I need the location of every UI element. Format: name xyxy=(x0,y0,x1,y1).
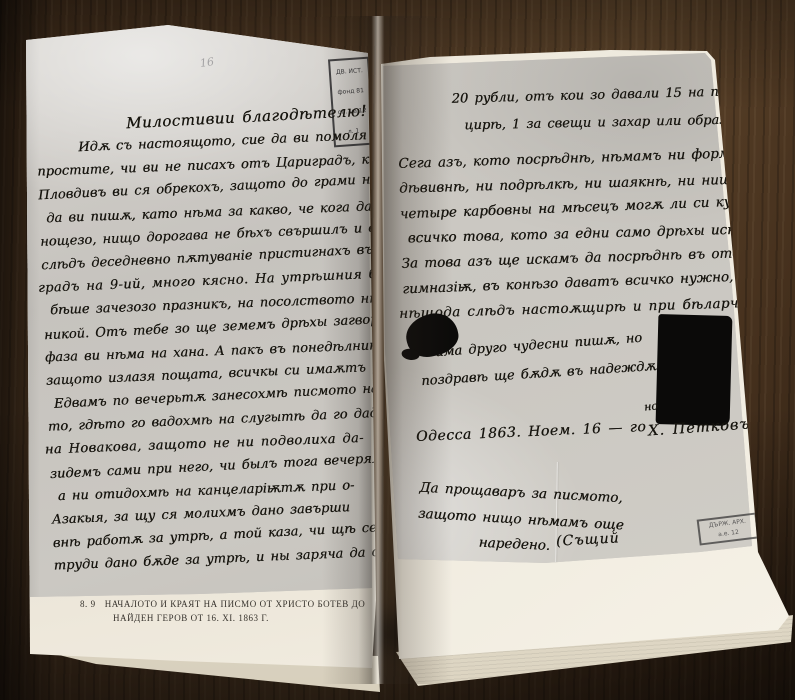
figure-caption: 8. 9 НАЧАЛОТО И КРАЯТ НА ПИСМО ОТ ХРИСТО… xyxy=(80,598,376,625)
handwritten-opening-right-page: 20 рубли, отъ кои зо давали 15 на пра-ци… xyxy=(451,78,740,140)
handwritten-body-right-page: Сега азъ, кото посрѣднѣ, нѣмамъ ни формѫ… xyxy=(398,141,753,327)
handwriting-line: цирѣ, 1 за свещи и захар или образъ. xyxy=(464,107,740,140)
ink-redaction-rectangle xyxy=(656,314,733,426)
handwritten-text-left-page: Идѫ съ настоящото, сие да ви помоля да м… xyxy=(36,128,396,582)
postscript-closing: (Същий xyxy=(556,530,620,549)
pencil-mark: 16 xyxy=(199,55,215,70)
caption-line1: НАЧАЛОТО И КРАЯТ НА ПИСМО ОТ ХРИСТО БОТЕ… xyxy=(105,598,366,612)
figure-number: 8. 9 xyxy=(80,598,96,612)
archive-stamp-line: ДВ. ИСТ. xyxy=(332,67,367,77)
caption-line2: НАЙДЕН ГЕРОВ ОТ 16. XI. 1863 Г. xyxy=(113,612,376,626)
postscript: Да прощаваръ за писмото,защото нищо нѣма… xyxy=(416,475,626,564)
archive-stamp-line: фонд 81 xyxy=(333,87,368,97)
photo-of-open-book: 16 ДВ. ИСТ.фонд 81оп. на 12л. 1 Милостив… xyxy=(0,0,795,700)
stray-word: но xyxy=(643,399,658,413)
